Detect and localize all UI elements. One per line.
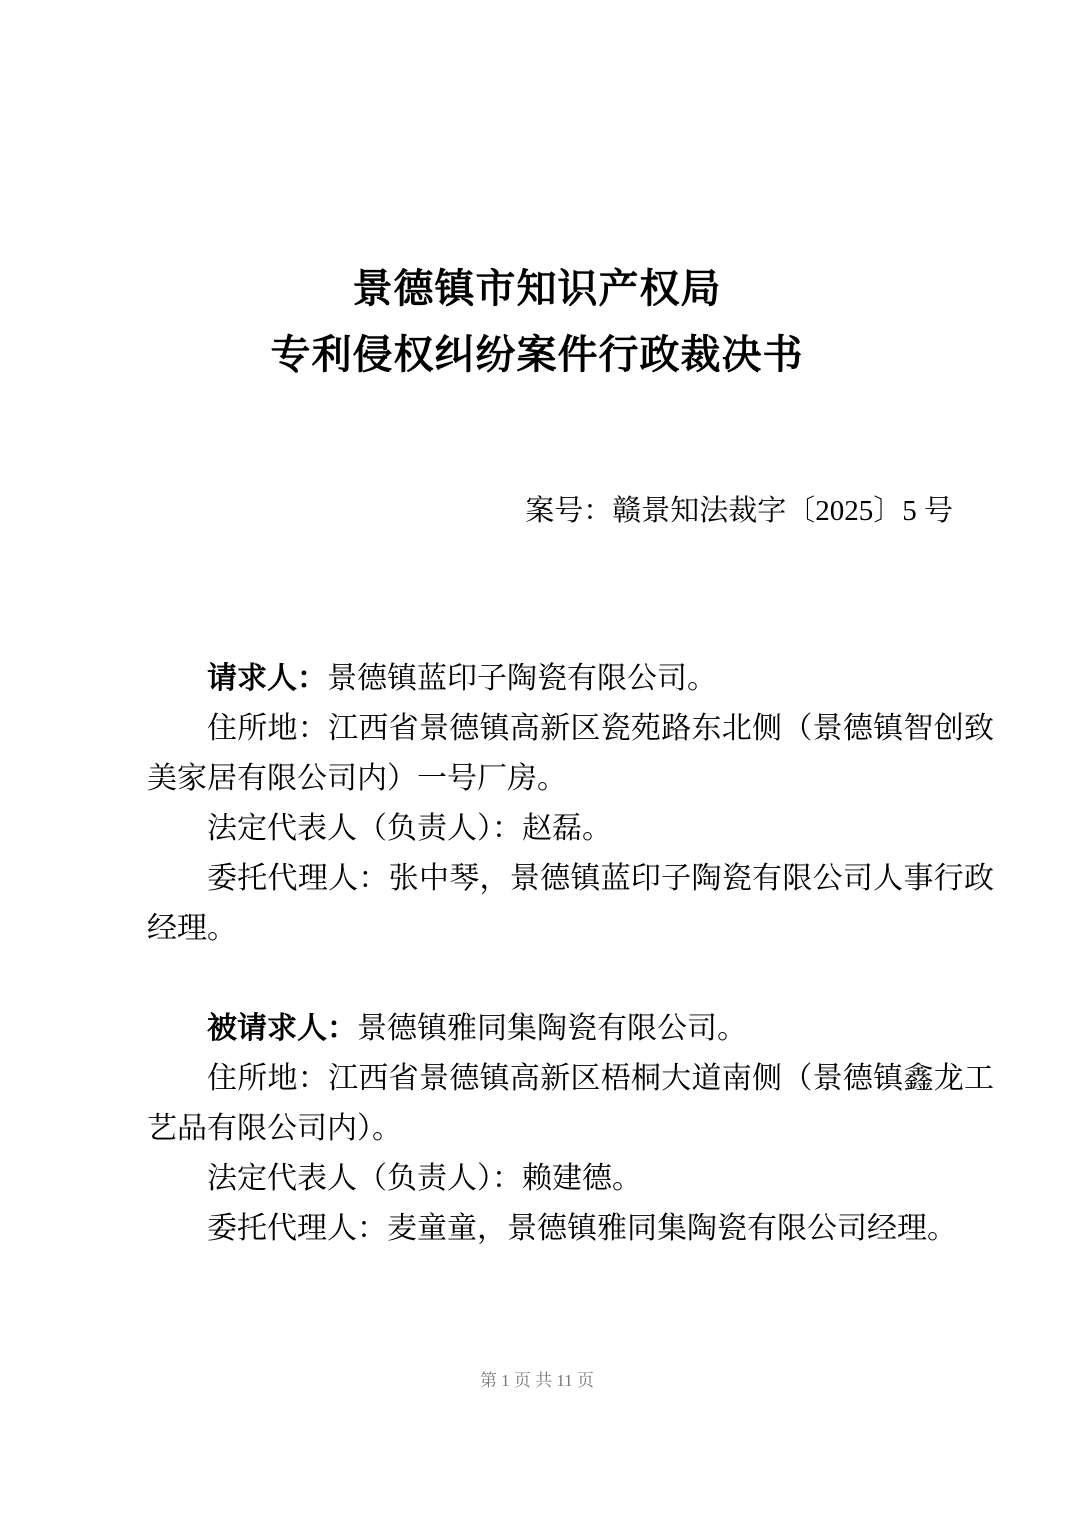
document-page: 景德镇市知识产权局 专利侵权纠纷案件行政裁决书 案号：赣景知法裁字〔2025〕5… (0, 0, 1074, 1520)
petitioner-agent: 委托代理人：张中琴，景德镇蓝印子陶瓷有限公司人事行政经理。 (147, 854, 994, 954)
petitioner-name-line: 请求人：景德镇蓝印子陶瓷有限公司。 (147, 654, 994, 704)
respondent-legal-representative: 法定代表人（负责人）：赖建德。 (147, 1154, 994, 1204)
petitioner-legal-representative: 法定代表人（负责人）：赵磊。 (147, 804, 994, 854)
document-title-line2: 专利侵权纠纷案件行政裁决书 (0, 322, 1074, 388)
petitioner-label: 请求人： (207, 662, 327, 695)
case-number: 案号：赣景知法裁字〔2025〕5 号 (0, 486, 1074, 536)
respondent-name: 景德镇雅同集陶瓷有限公司。 (357, 1012, 747, 1045)
respondent-agent: 委托代理人：麦童童，景德镇雅同集陶瓷有限公司经理。 (147, 1204, 994, 1254)
section-spacer (147, 954, 994, 1004)
respondent-address: 住所地：江西省景德镇高新区梧桐大道南侧（景德镇鑫龙工艺品有限公司内）。 (147, 1054, 994, 1154)
petitioner-address: 住所地：江西省景德镇高新区瓷苑路东北侧（景德镇智创致美家居有限公司内）一号厂房。 (147, 704, 994, 804)
page-number-footer: 第 1 页 共 11 页 (0, 1369, 1074, 1393)
respondent-label: 被请求人： (207, 1012, 357, 1045)
document-body: 请求人：景德镇蓝印子陶瓷有限公司。 住所地：江西省景德镇高新区瓷苑路东北侧（景德… (0, 654, 1074, 1254)
petitioner-name: 景德镇蓝印子陶瓷有限公司。 (327, 662, 717, 695)
respondent-name-line: 被请求人：景德镇雅同集陶瓷有限公司。 (147, 1004, 994, 1054)
document-header: 景德镇市知识产权局 专利侵权纠纷案件行政裁决书 (0, 0, 1074, 388)
document-title-line1: 景德镇市知识产权局 (0, 256, 1074, 322)
